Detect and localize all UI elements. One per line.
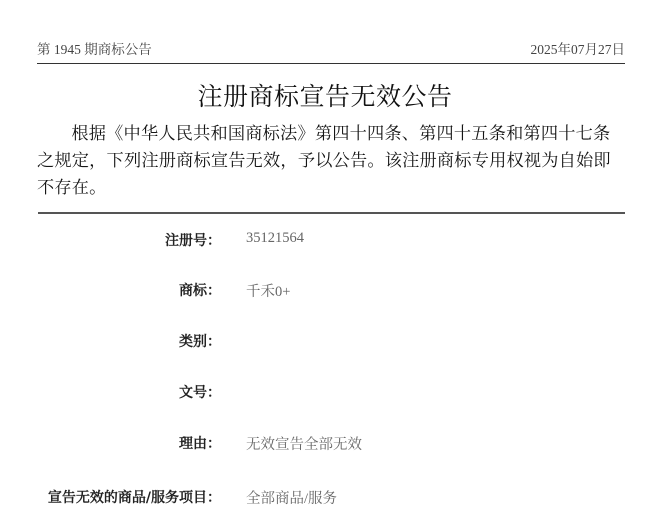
- field-label: 注册号：: [165, 230, 221, 250]
- field-value: 无效宣告全部无效: [246, 433, 362, 454]
- field-label: 类别：: [179, 331, 221, 351]
- field-label: 文号：: [179, 382, 221, 402]
- field-label: 宣告无效的商品/服务项目：: [48, 487, 221, 507]
- field-class: 类别：: [0, 327, 650, 357]
- field-reason: 理由： 无效宣告全部无效: [0, 429, 650, 459]
- field-invalidated-goods-services: 宣告无效的商品/服务项目： 全部商品/服务: [0, 483, 650, 513]
- field-value: 全部商品/服务: [246, 487, 337, 508]
- field-document-number: 文号：: [0, 378, 650, 408]
- intro-paragraph: 根据《中华人民共和国商标法》第四十四条、第四十五条和第四十七条之规定，下列注册商…: [37, 121, 627, 202]
- field-value: 35121564: [246, 230, 304, 247]
- field-label: 理由：: [179, 433, 221, 453]
- field-label: 商标：: [179, 280, 221, 300]
- field-value: 千禾0+: [246, 280, 290, 301]
- section-divider: [38, 212, 625, 214]
- issue-number: 第 1945 期商标公告: [37, 38, 152, 58]
- header-divider: [37, 63, 625, 64]
- document-title: 注册商标宣告无效公告: [0, 77, 650, 113]
- field-trademark: 商标： 千禾0+: [0, 276, 650, 306]
- field-registration-number: 注册号： 35121564: [0, 226, 650, 256]
- page-header: 第 1945 期商标公告 2025年07月27日: [37, 38, 625, 60]
- publication-date: 2025年07月27日: [531, 38, 626, 58]
